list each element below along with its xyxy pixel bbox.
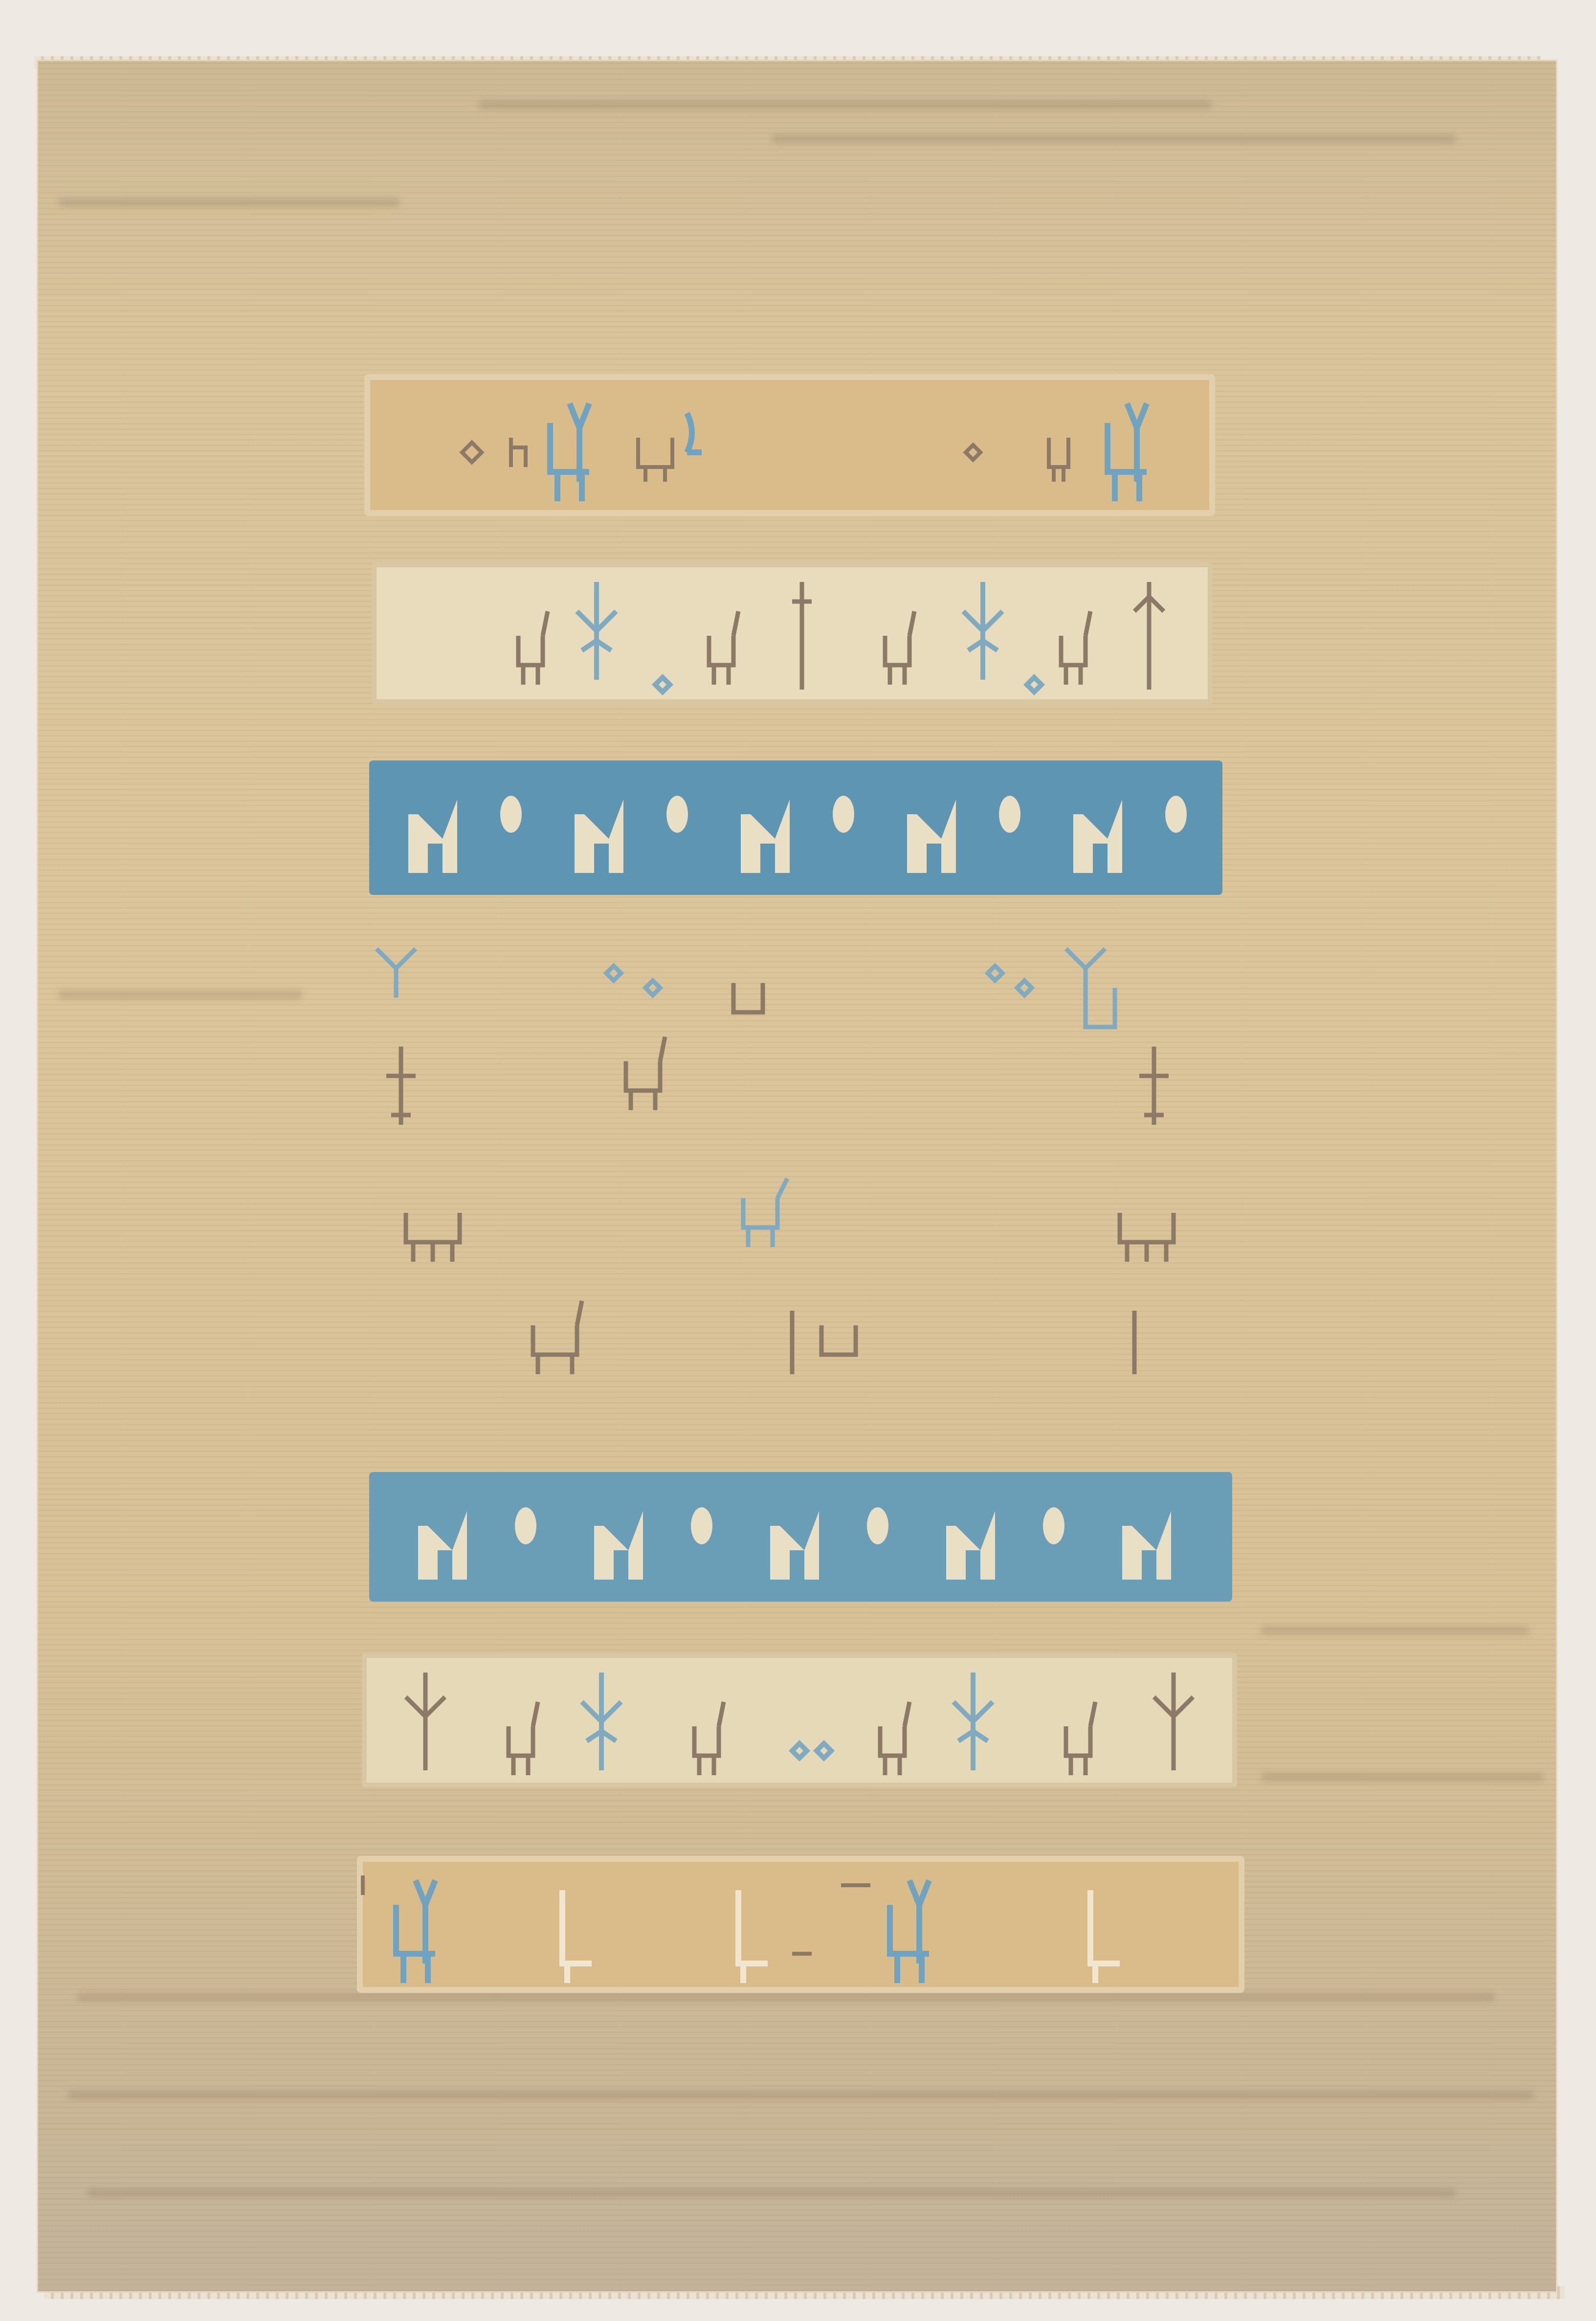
abrash-streak: [478, 100, 1212, 109]
scattered-animal-motifs: [342, 939, 1247, 1374]
abrash-streak: [67, 2091, 1534, 2099]
abrash-streak: [77, 1993, 1495, 2002]
goat-tree-motif-row: [372, 562, 1213, 704]
band-cream-bottom: [362, 1653, 1237, 1787]
bird-motif-row: [364, 374, 1215, 516]
abrash-streak: [1261, 1626, 1529, 1635]
band-tan-top: [364, 374, 1215, 516]
band-blue-top: [369, 760, 1222, 895]
bird-motif-row: [357, 1856, 1244, 1993]
band-cream-top: [372, 562, 1213, 704]
goat-tree-motif-row: [362, 1653, 1237, 1787]
abrash-streak: [58, 198, 400, 207]
abrash-streak: [58, 990, 302, 999]
abrash-streak: [1261, 1773, 1544, 1782]
band-blue-bottom: [369, 1472, 1232, 1602]
band-tan-bottom: [357, 1856, 1244, 1993]
abrash-streak: [87, 2188, 1456, 2197]
open-field-motifs: [342, 939, 1247, 1374]
blue-bird-motif-row: [369, 760, 1222, 895]
blue-bird-motif-row: [369, 1472, 1232, 1602]
abrash-streak: [772, 134, 1456, 143]
